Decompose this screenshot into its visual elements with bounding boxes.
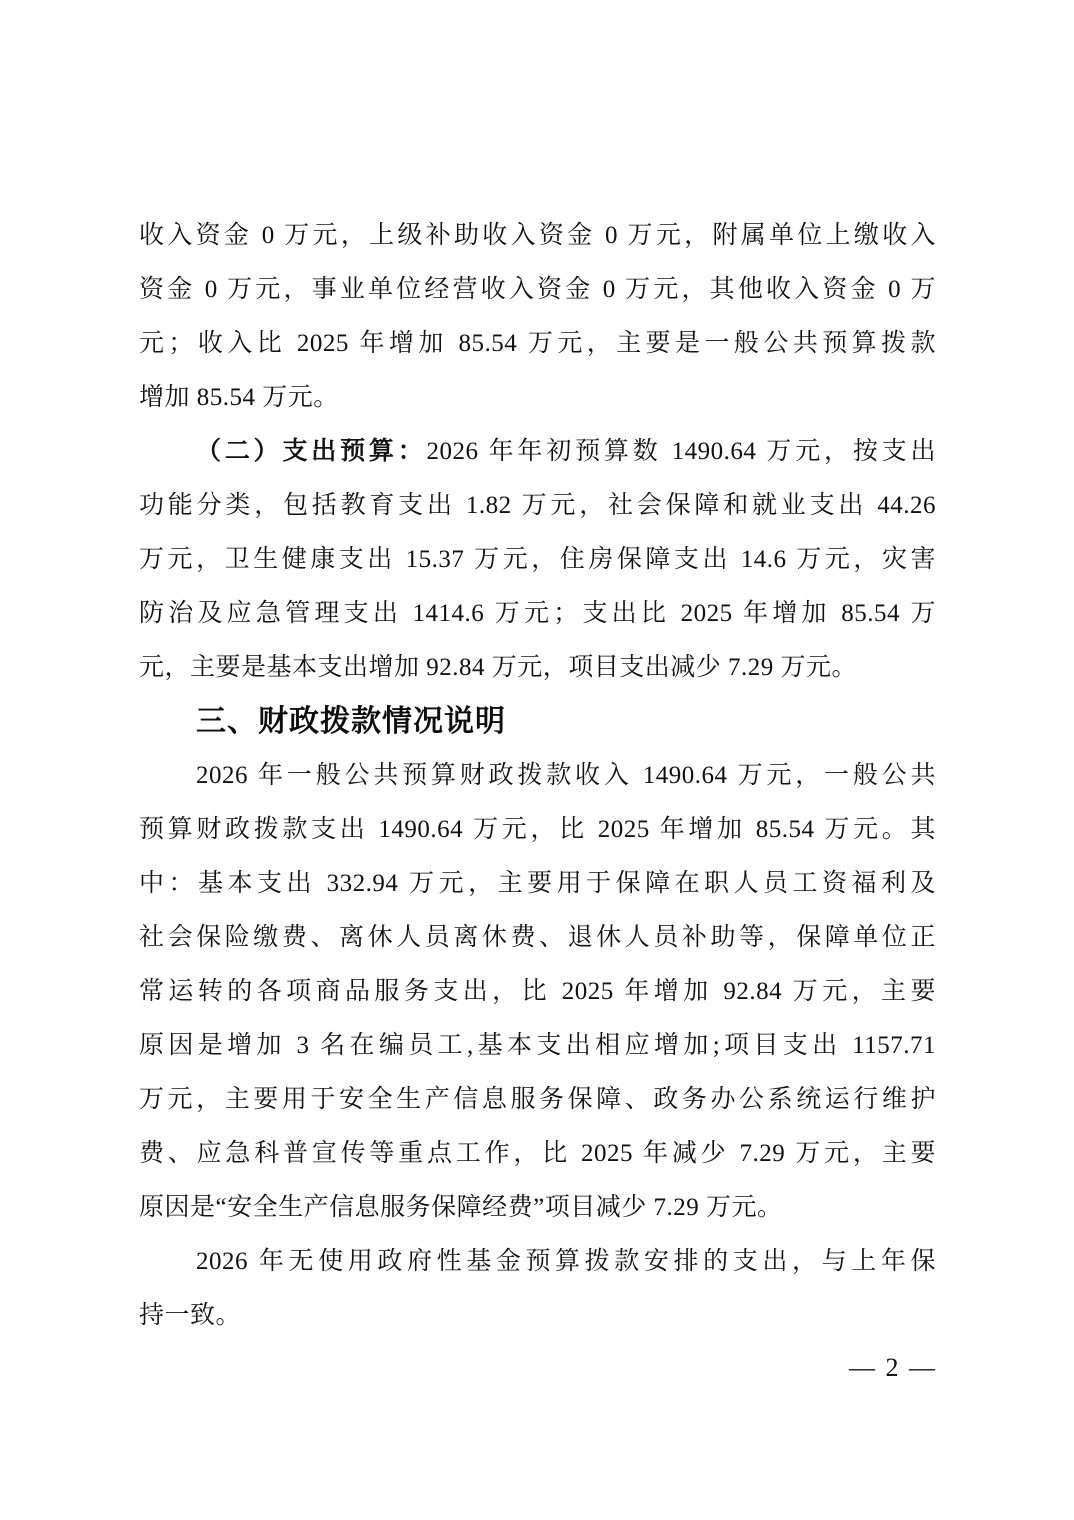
expenditure-budget-paragraph-line: （二）支出预算：2026 年年初预算数 1490.64 万元，按支出 — [139, 425, 936, 479]
revenue-detail-paragraph-line: 收入资金 0 万元，上级补助收入资金 0 万元，附属单位上缴收入 — [139, 209, 936, 263]
bold-label: （二）支出预算： — [196, 438, 427, 465]
fiscal-appropriation-detail-paragraph-line: 费、应急科普宣传等重点工作，比 2025 年减少 7.29 万元，主要 — [139, 1127, 936, 1181]
fiscal-appropriation-detail-paragraph-line: 原因是“安全生产信息服务保障经费”项目减少 7.29 万元。 — [139, 1181, 936, 1235]
expenditure-budget-paragraph-line: 万元，卫生健康支出 15.37 万元，住房保障支出 14.6 万元，灾害 — [139, 533, 936, 587]
fiscal-appropriation-detail-paragraph-line: 预算财政拨款支出 1490.64 万元，比 2025 年增加 85.54 万元。… — [139, 803, 936, 857]
document-content: 收入资金 0 万元，上级补助收入资金 0 万元，附属单位上缴收入资金 0 万元，… — [139, 209, 936, 1343]
government-fund-note-paragraph-line: 持一致。 — [139, 1289, 936, 1343]
text-run: 2026 年年初预算数 1490.64 万元，按支出 — [427, 438, 936, 465]
fiscal-appropriation-detail-paragraph-line: 常运转的各项商品服务支出，比 2025 年增加 92.84 万元，主要 — [139, 965, 936, 1019]
revenue-detail-paragraph-line: 资金 0 万元，事业单位经营收入资金 0 万元，其他收入资金 0 万 — [139, 263, 936, 317]
revenue-detail-paragraph-line: 增加 85.54 万元。 — [139, 371, 936, 425]
fiscal-appropriation-detail-paragraph-line: 社会保险缴费、离休人员离休费、退休人员补助等，保障单位正 — [139, 911, 936, 965]
page-number: — 2 — — [849, 1348, 937, 1388]
government-fund-note-paragraph-line: 2026 年无使用政府性基金预算拨款安排的支出，与上年保 — [139, 1235, 936, 1289]
document-page: 收入资金 0 万元，上级补助收入资金 0 万元，附属单位上缴收入资金 0 万元，… — [0, 0, 1074, 1520]
expenditure-budget-paragraph-line: 防治及应急管理支出 1414.6 万元；支出比 2025 年增加 85.54 万 — [139, 587, 936, 641]
fiscal-appropriation-detail-paragraph-line: 原因是增加 3 名在编员工,基本支出相应增加;项目支出 1157.71 — [139, 1019, 936, 1073]
fiscal-appropriation-detail-paragraph-line: 万元，主要用于安全生产信息服务保障、政务办公系统运行维护 — [139, 1073, 936, 1127]
revenue-detail-paragraph-line: 元；收入比 2025 年增加 85.54 万元，主要是一般公共预算拨款 — [139, 317, 936, 371]
expenditure-budget-paragraph-line: 功能分类，包括教育支出 1.82 万元，社会保障和就业支出 44.26 — [139, 479, 936, 533]
section-heading-fiscal-appropriation: 三、财政拨款情况说明 — [139, 695, 936, 749]
expenditure-budget-paragraph-line: 元，主要是基本支出增加 92.84 万元，项目支出减少 7.29 万元。 — [139, 641, 936, 695]
fiscal-appropriation-detail-paragraph-line: 2026 年一般公共预算财政拨款收入 1490.64 万元，一般公共 — [139, 749, 936, 803]
fiscal-appropriation-detail-paragraph-line: 中：基本支出 332.94 万元，主要用于保障在职人员工资福利及 — [139, 857, 936, 911]
